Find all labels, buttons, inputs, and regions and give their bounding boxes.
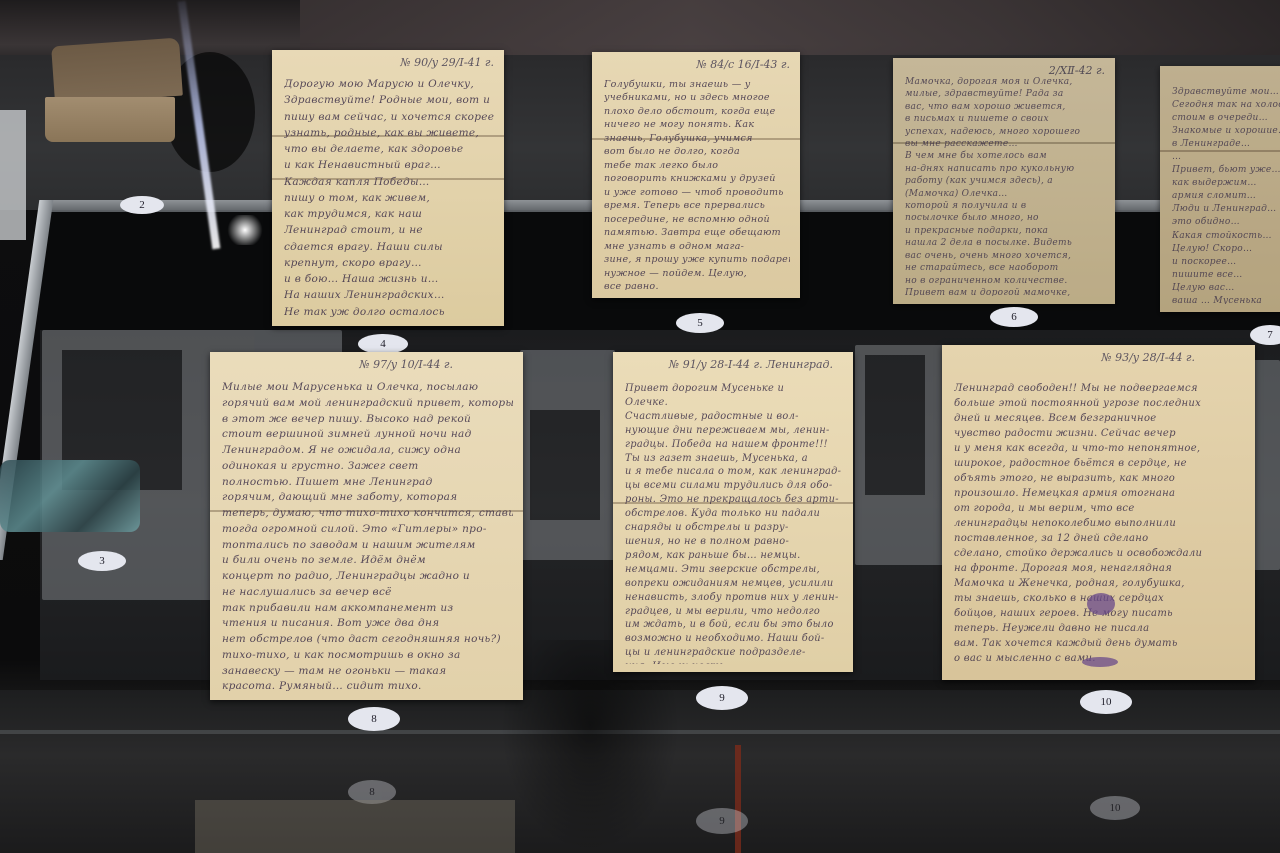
ink-stain: [1082, 657, 1118, 667]
reflected-letter: [195, 800, 515, 853]
exhibit-number-label: 10: [1080, 690, 1132, 714]
exhibit-glass-artifact: [0, 460, 140, 532]
letter-text: Мамочка, дорогая моя и Олечка, милые, зд…: [905, 76, 1105, 296]
exhibit-number-label: 8: [348, 707, 400, 731]
letter-text: Дорогую мою Марусю и Олечку, Здравствуйт…: [284, 76, 494, 318]
letter-text: Привет дорогим Мусеньке и Олечке. Счастл…: [625, 382, 843, 664]
exhibit-bread: [45, 42, 185, 152]
case-frame-left: [0, 110, 48, 470]
letter-4: № 90/у 29/Ⅰ-41 г. Дорогую мою Марусю и О…: [272, 50, 504, 326]
reflected-book-right: [855, 345, 945, 565]
side-info-card: [0, 110, 26, 240]
letter-text: Голубушки, ты знаешь — у учебниками, но …: [604, 78, 790, 290]
exhibit-number-label: 4: [358, 334, 408, 354]
letter-text: Здравствуйте мои… Сегодня так на холоде……: [1172, 86, 1280, 304]
letter-8: № 97/у 10/Ⅰ-44 г. Милые мои Марусенька и…: [210, 352, 523, 700]
letter-6: 2/ⅩⅡ-42 г. Мамочка, дорогая моя и Олечка…: [893, 58, 1115, 304]
letter-text: Ленинград свободен!! Мы не подвергаемся …: [954, 381, 1245, 672]
letter-text: Милые мои Марусенька и Олечка, посылаю г…: [222, 380, 513, 692]
reflected-red-strip: [735, 745, 741, 853]
letter-10: № 93/у 28/Ⅰ-44 г. Ленинград свободен!! М…: [942, 345, 1255, 680]
reflected-number-label: 9: [696, 808, 748, 834]
light-flare: [225, 215, 265, 245]
reflected-number-label: 10: [1090, 796, 1140, 820]
reflected-book-center: [520, 350, 615, 560]
exhibit-number-label: 6: [990, 307, 1038, 327]
letter-9: № 91/у 28-Ⅰ-44 г. Ленинград. Привет доро…: [613, 352, 853, 672]
letter-5: № 84/с 16/Ⅰ-43 г. Голубушки, ты знаешь —…: [592, 52, 800, 298]
museum-display-case: 2 3 № 90/у 29/Ⅰ-41 г. Дорогую мою Марусю…: [0, 0, 1280, 853]
ink-stain: [1087, 593, 1115, 615]
exhibit-number-label: 2: [120, 196, 164, 214]
exhibit-number-label: 3: [78, 551, 126, 571]
exhibit-number-label: 5: [676, 313, 724, 333]
letter-7: Здравствуйте мои… Сегодня так на холоде……: [1160, 66, 1280, 312]
exhibit-number-label: 9: [696, 686, 748, 710]
